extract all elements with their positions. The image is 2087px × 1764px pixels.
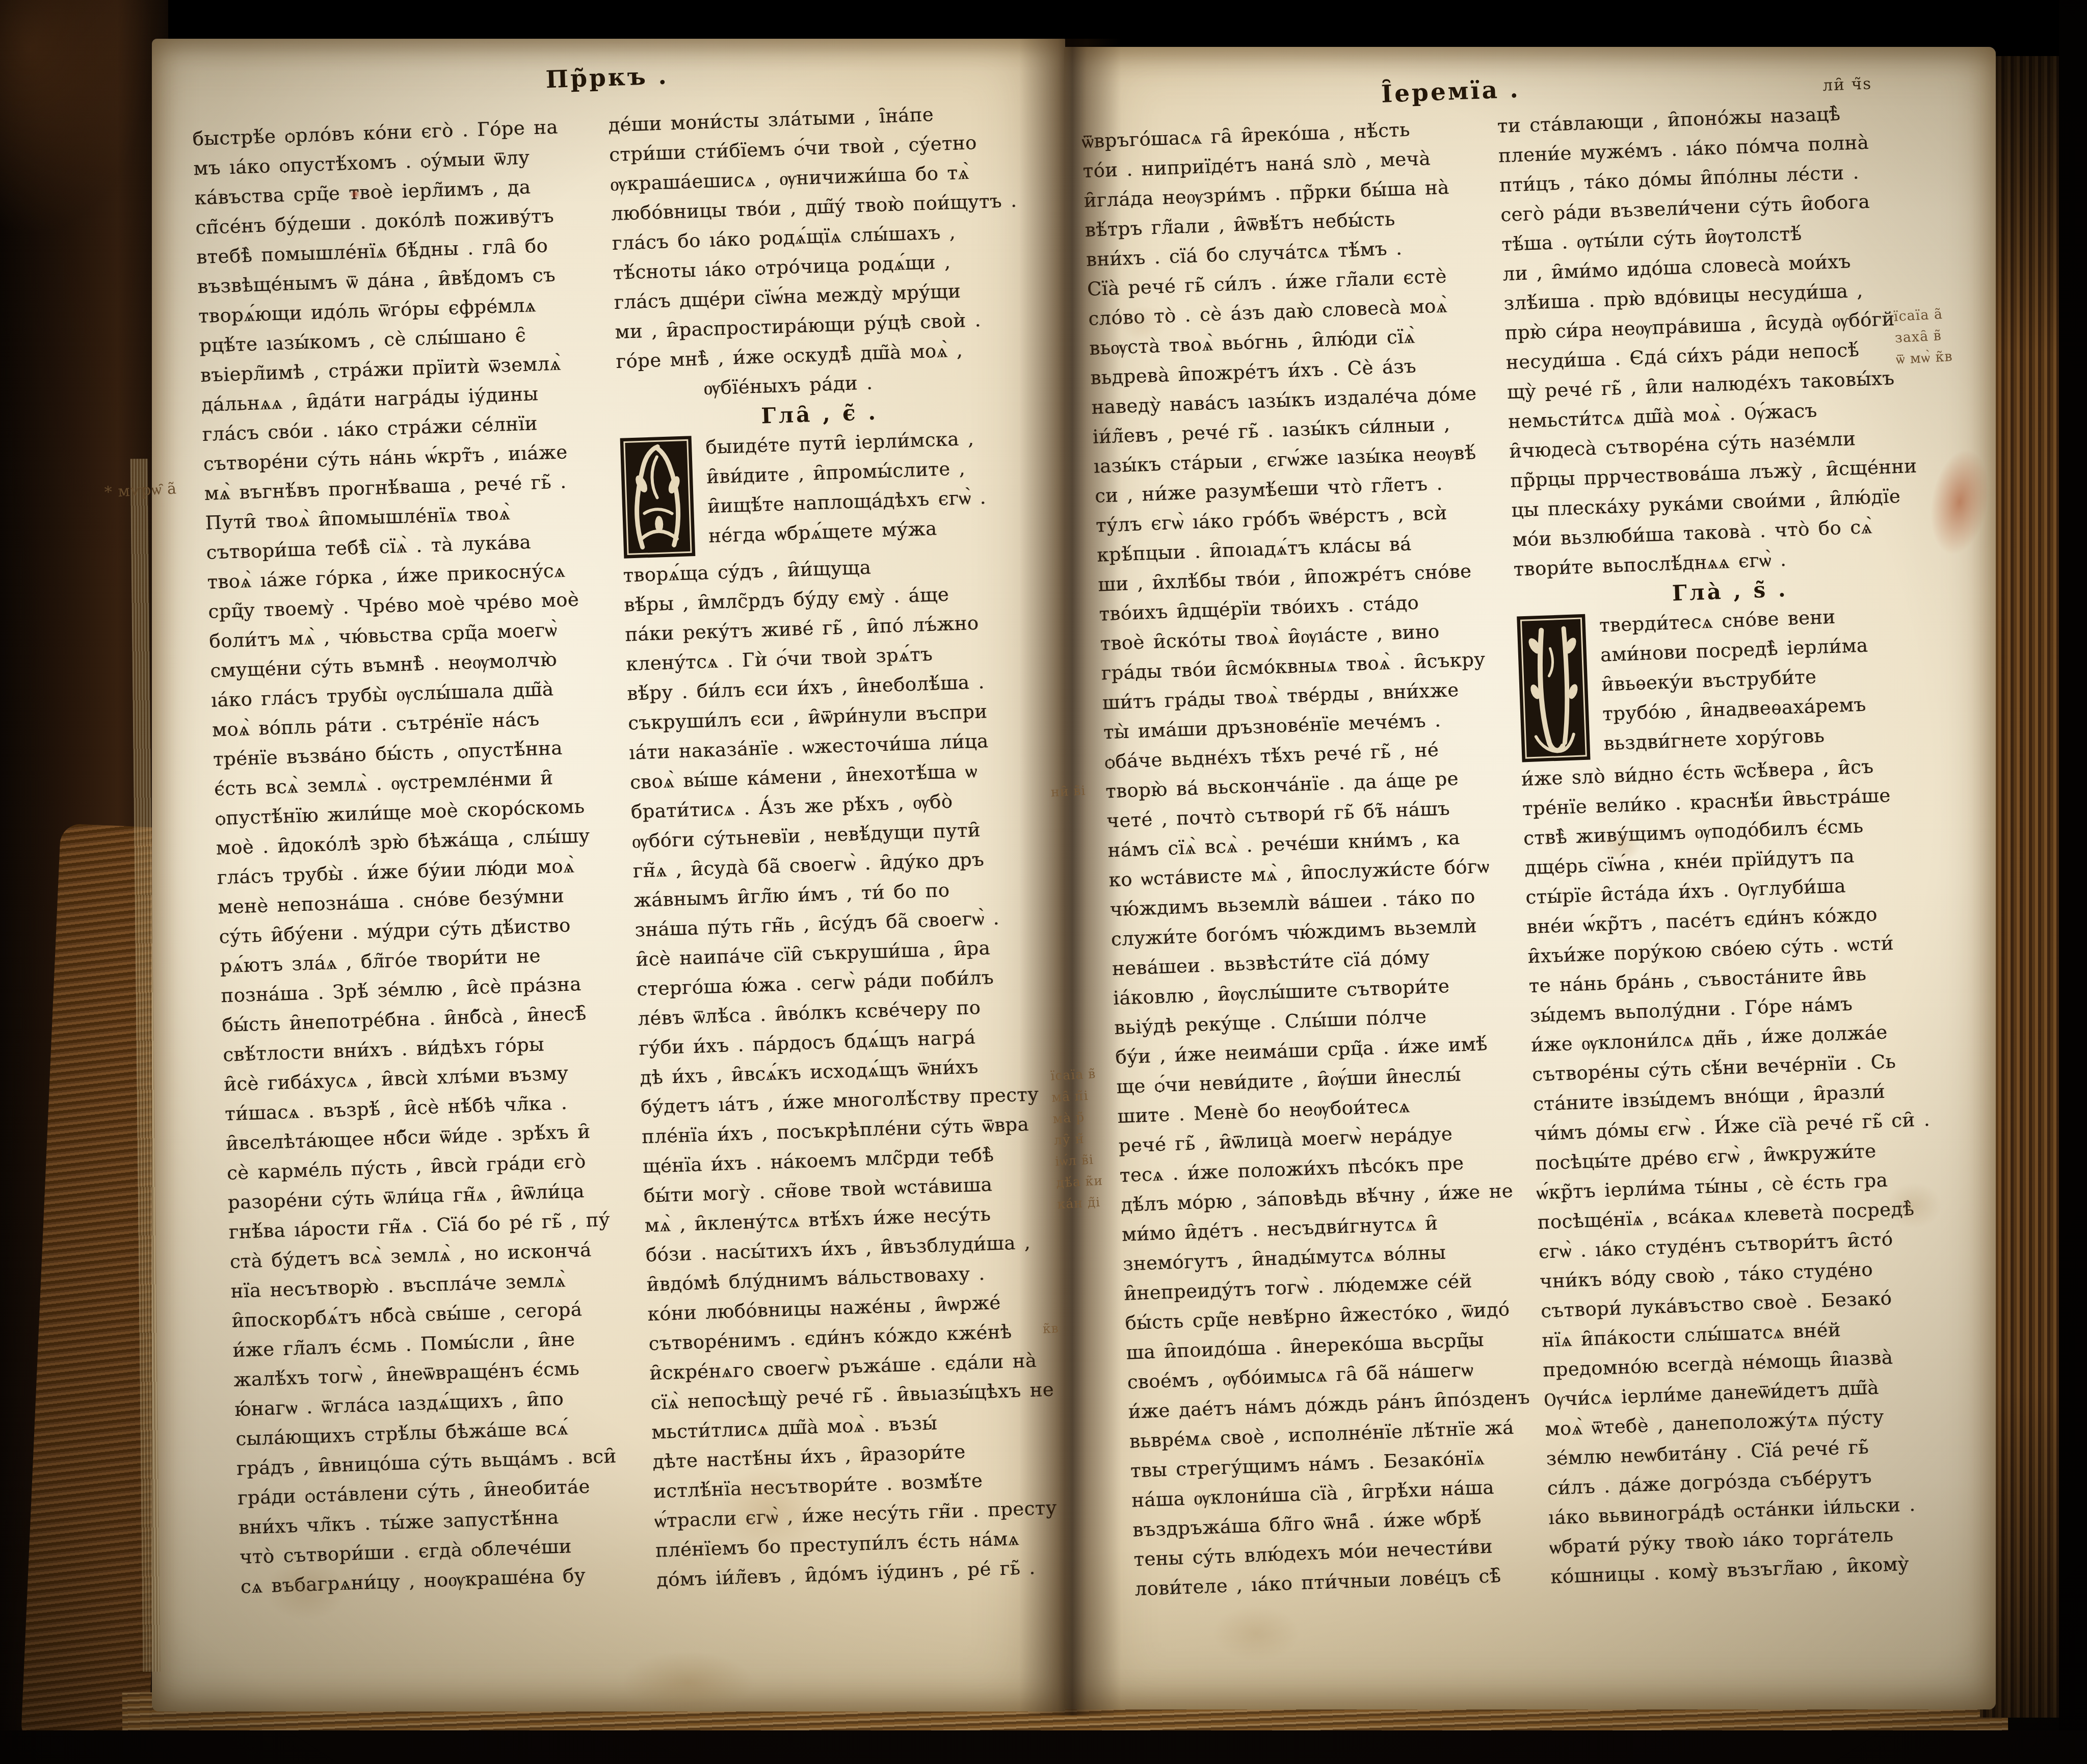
margin-note-inner-top: ни̑ в̃і — [1050, 783, 1086, 800]
running-head-left: Пр̃ркъ . — [454, 59, 760, 97]
text-line: дѣ́а к̃и — [1055, 1170, 1103, 1194]
text-line: ма̀ р̃ — [1052, 1106, 1100, 1130]
text-line: ка́н д̃і — [1057, 1191, 1105, 1215]
text-line: їсаїа а̃ — [1893, 303, 1951, 328]
running-head-right: І̑еремїа . — [1298, 72, 1604, 112]
backdrop-bottom — [0, 1730, 2087, 1764]
folio-number: ли̑ ч̃ѕ — [1822, 72, 1945, 95]
margin-notes-outer: їсаїа а̃заха̑ в̃ѿ мѡ̀ к̃в — [1893, 303, 1953, 371]
margin-note-myrrh: * мѵрѡ̑ а̃ — [104, 480, 177, 501]
margin-note-inner-low: к̃в — [1042, 1321, 1059, 1336]
gutter-shadow — [1019, 39, 1121, 1716]
text-line: заха̑ в̃ — [1894, 325, 1952, 349]
text-line: їсаїа в̃ — [1050, 1063, 1098, 1087]
left-page-column-1: быстрѣ́е ѻрло́въ ко́ни єго̀ . Го́ре намъ… — [192, 111, 645, 1609]
woodcut-initial-U: У — [1516, 614, 1591, 765]
backdrop-right — [2059, 0, 2087, 1764]
book-photo: Пр̃ркъ . быстрѣ́е ѻрло́въ ко́ни єго̀ . Г… — [0, 0, 2087, 1764]
left-page: Пр̃ркъ . быстрѣ́е ѻрло́въ ко́ни єго̀ . Г… — [152, 39, 1065, 1712]
right-page-column-1: ѿвръго́шасѧ га̑ и̑реко́ша , нѣ́стьто́и .… — [1081, 112, 1539, 1607]
left-page-column-2: де́ши мони́сты зла́тыми , і̑на́пестри́ши… — [607, 97, 1060, 1595]
text-line: ма̑ п̃і — [1051, 1085, 1099, 1109]
text-line: лу̑ н̃ — [1053, 1127, 1101, 1151]
margin-cross-references: їсаїа в̃ма̑ п̃іма̀ р̃лу̑ н̃іѡ́л в̃ідѣ́а … — [1050, 1063, 1104, 1215]
right-page: І̑еремїа . ли̑ ч̃ѕ ѿвръго́шасѧ га̑ и̑рек… — [1064, 47, 1996, 1709]
woodcut-initial-O: О — [620, 435, 696, 561]
text-line: іѡ́л в̃і — [1054, 1149, 1102, 1173]
text-line: ѿ мѡ̀ к̃в — [1895, 346, 1953, 371]
